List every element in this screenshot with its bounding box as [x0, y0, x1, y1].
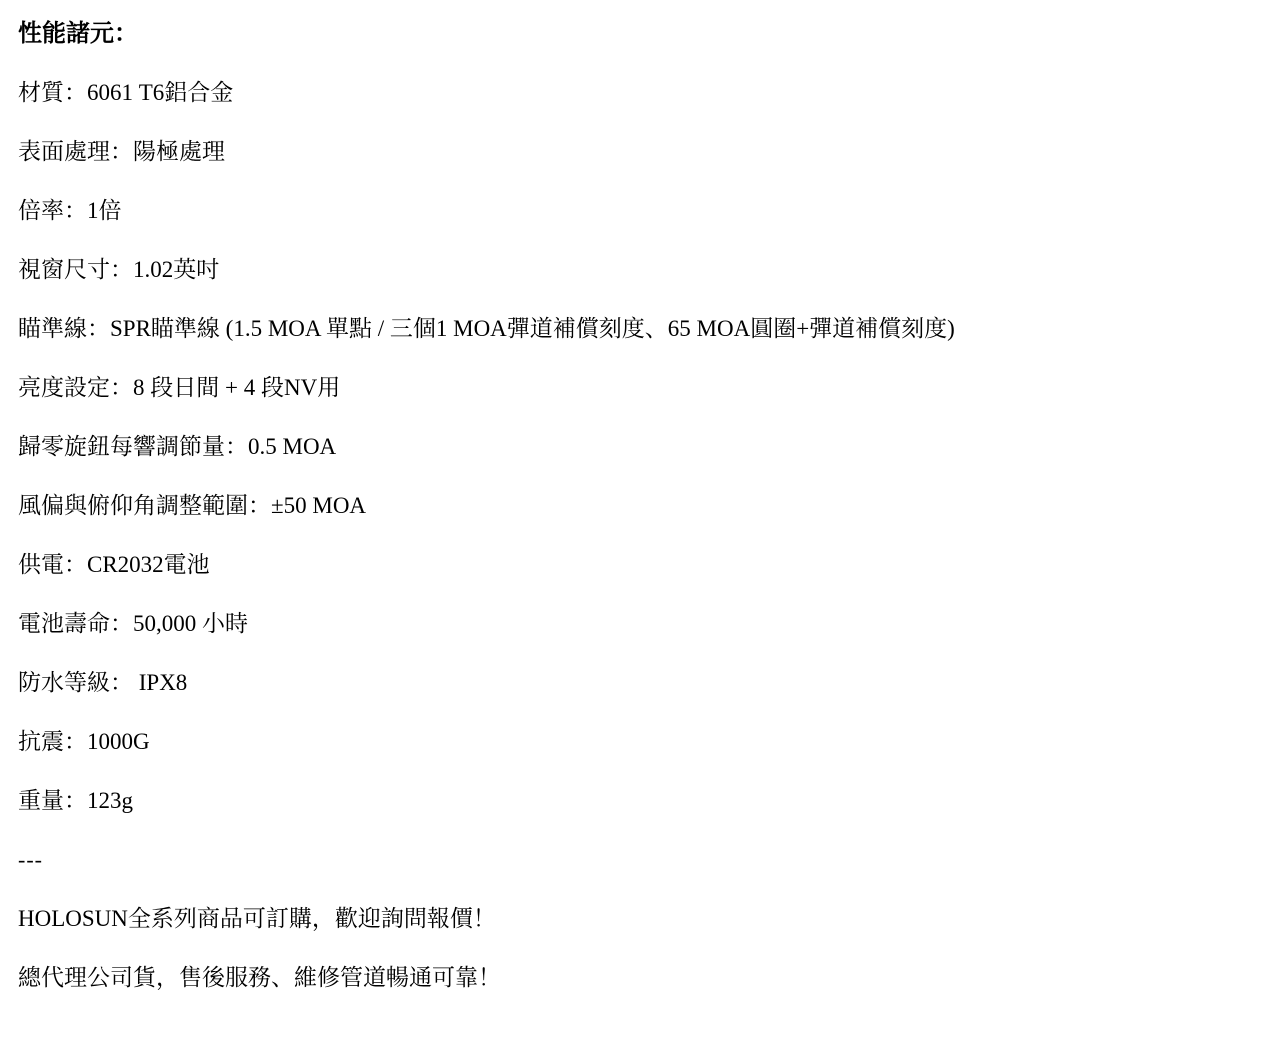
- spec-line-shock-resistance: 抗震：1000G: [18, 728, 1254, 756]
- divider-text: ---: [18, 846, 1254, 874]
- spec-line-click-adjustment: 歸零旋鈕每響調節量：0.5 MOA: [18, 433, 1254, 461]
- product-spec-document: 性能諸元： 材質：6061 T6鋁合金 表面處理：陽極處理 倍率：1倍 視窗尺寸…: [0, 0, 1272, 1040]
- spec-line-material: 材質：6061 T6鋁合金: [18, 79, 1254, 107]
- spec-line-surface-finish: 表面處理：陽極處理: [18, 138, 1254, 166]
- spec-heading: 性能諸元：: [18, 20, 1254, 48]
- spec-line-magnification: 倍率：1倍: [18, 197, 1254, 225]
- spec-line-reticle: 瞄準線：SPR瞄準線 (1.5 MOA 單點 / 三個1 MOA彈道補償刻度、6…: [18, 315, 1254, 343]
- spec-line-window-size: 視窗尺寸：1.02英吋: [18, 256, 1254, 284]
- spec-line-waterproof-rating: 防水等級： IPX8: [18, 669, 1254, 697]
- footer-line-warranty-info: 總代理公司貨，售後服務、維修管道暢通可靠！: [18, 964, 1254, 992]
- footer-line-order-info: HOLOSUN全系列商品可訂購，歡迎詢問報價！: [18, 905, 1254, 933]
- spec-line-windage-elevation-range: 風偏與俯仰角調整範圍：±50 MOA: [18, 492, 1254, 520]
- spec-line-power: 供電：CR2032電池: [18, 551, 1254, 579]
- spec-line-brightness-settings: 亮度設定：8 段日間 + 4 段NV用: [18, 374, 1254, 402]
- spec-line-battery-life: 電池壽命：50,000 小時: [18, 610, 1254, 638]
- spec-line-weight: 重量：123g: [18, 787, 1254, 815]
